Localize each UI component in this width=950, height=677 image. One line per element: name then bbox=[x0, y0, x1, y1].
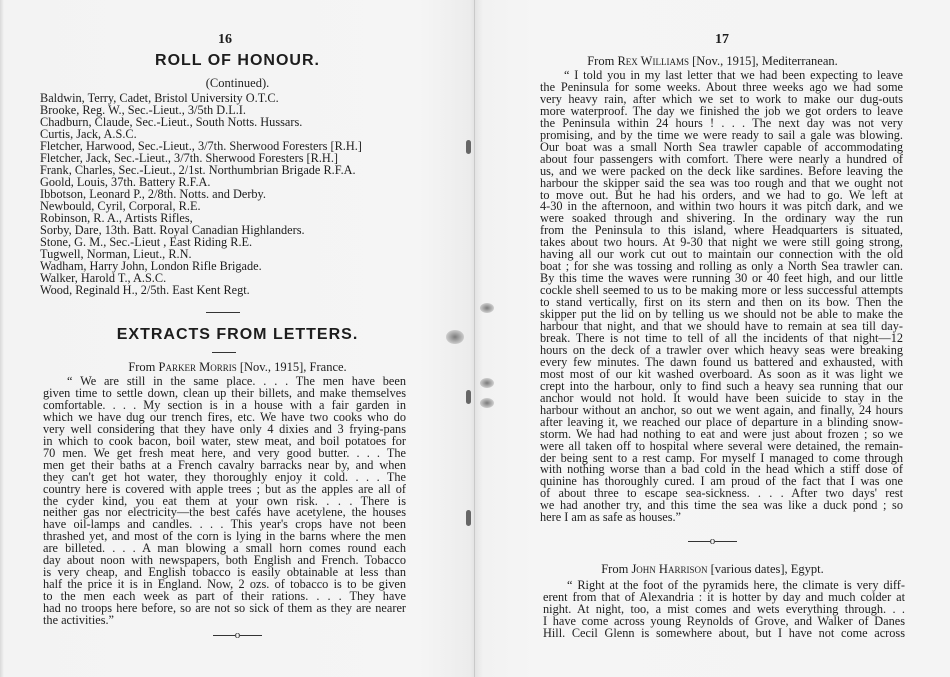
roll-of-honour-list: Baldwin, Terry, Cadet, Bristol Universit… bbox=[40, 92, 362, 296]
ink-blot bbox=[480, 303, 494, 313]
right-page: 17 From Rex Williams [Nov., 1915], Medit… bbox=[475, 0, 950, 677]
section-rule bbox=[206, 312, 240, 313]
left-page: 16 ROLL OF HONOUR. (Continued). Baldwin,… bbox=[0, 0, 475, 677]
section-divider: o bbox=[0, 629, 475, 641]
section-rule bbox=[212, 352, 236, 353]
letter-body-rex-williams: “ I told you in my last letter that we h… bbox=[540, 70, 903, 524]
section-divider: o bbox=[475, 535, 950, 547]
page-number: 17 bbox=[715, 32, 729, 48]
book-spread: 16 ROLL OF HONOUR. (Continued). Baldwin,… bbox=[0, 0, 950, 677]
letter-heading: From John Harrison [various dates], Egyp… bbox=[475, 562, 950, 577]
roll-entry: Wood, Reginald H., 2/5th. East Kent Regt… bbox=[40, 284, 362, 296]
ink-blot bbox=[480, 378, 494, 388]
roll-of-honour-subtitle: (Continued). bbox=[0, 76, 475, 91]
letter-heading: From Rex Williams [Nov., 1915], Mediterr… bbox=[475, 54, 950, 69]
letter-heading: From Parker Morris [Nov., 1915], France. bbox=[0, 360, 475, 375]
letter-author: Rex Williams bbox=[617, 54, 689, 68]
letter-author: Parker Morris bbox=[159, 360, 237, 374]
ink-blot bbox=[446, 330, 464, 344]
ink-blot bbox=[480, 398, 494, 408]
extracts-title: EXTRACTS FROM LETTERS. bbox=[0, 326, 475, 344]
letter-body-john-harrison: “ Right at the foot of the pyramids here… bbox=[543, 580, 905, 640]
staple-mark bbox=[466, 390, 471, 404]
letter-author: John Harrison bbox=[631, 562, 707, 576]
letter-body-parker-morris: “ We are still in the same place. . . . … bbox=[43, 376, 406, 627]
page-number: 16 bbox=[218, 32, 232, 48]
staple-mark bbox=[466, 510, 471, 526]
staple-mark bbox=[466, 140, 471, 154]
roll-of-honour-title: ROLL OF HONOUR. bbox=[0, 52, 475, 70]
